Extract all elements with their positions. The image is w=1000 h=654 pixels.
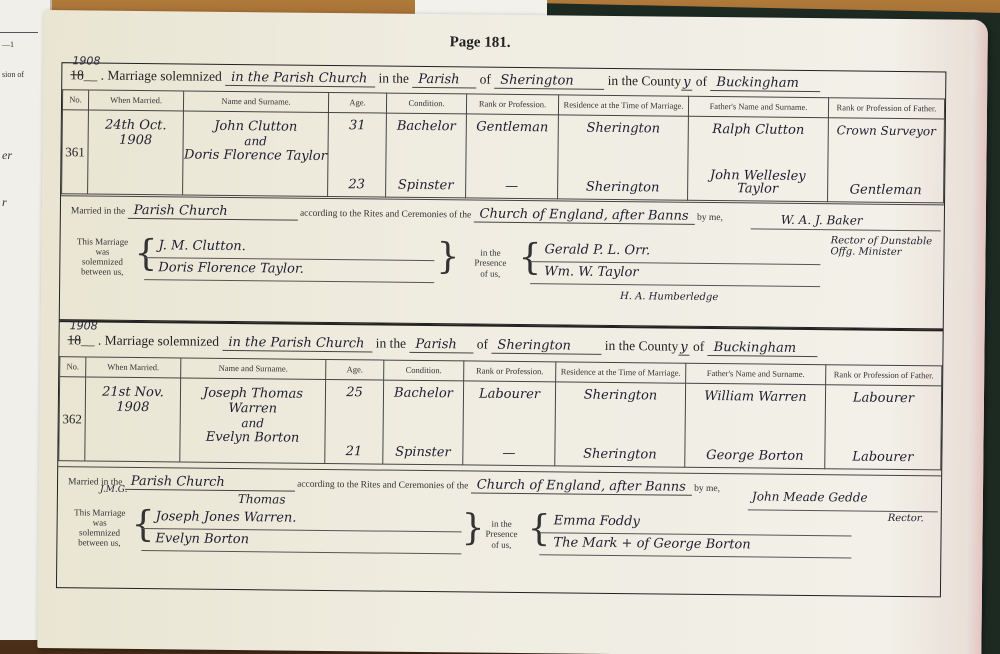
col-condition: Condition. bbox=[386, 93, 466, 114]
handwritten-year: 1908 bbox=[70, 319, 98, 332]
father-ranks: Crown Surveyor Gentleman bbox=[828, 118, 945, 203]
groom-signature: J. M. Clutton. bbox=[144, 238, 434, 261]
col-rank: Rank or Profession. bbox=[466, 94, 558, 115]
bride-age: 21 bbox=[325, 445, 382, 459]
solemnized-between-label: This Marriage was solemnized between us, bbox=[65, 508, 133, 548]
col-father: Father's Name and Surname. bbox=[688, 96, 828, 117]
officiant-signature: W. A. J. Baker bbox=[781, 213, 863, 228]
bride-father: John Wellesley Taylor bbox=[688, 168, 827, 197]
col-rank: Rank or Profession. bbox=[464, 361, 556, 382]
extra-witness: H. A. Humberledge bbox=[620, 291, 718, 303]
groom-residence: Sherington bbox=[556, 388, 685, 403]
label-of: of bbox=[477, 337, 488, 352]
col-age: Age. bbox=[326, 359, 384, 380]
officiant-signature: John Meade Gedde bbox=[752, 489, 868, 504]
brace-right: } bbox=[436, 239, 459, 275]
label-line: in the bbox=[472, 519, 532, 530]
table-row: 362 21st Nov. 1908 Joseph Thomas Warren … bbox=[59, 377, 942, 470]
label-county-of: of bbox=[693, 339, 704, 354]
bride-rank: — bbox=[466, 180, 557, 195]
bride-residence: Sherington bbox=[555, 448, 684, 463]
county-suffix: y bbox=[681, 75, 693, 91]
entry-header: 1908 18__ . Marriage solemnized in the P… bbox=[70, 67, 820, 92]
parish-value: Sherington bbox=[494, 73, 604, 90]
col-name: Name and Surname. bbox=[183, 91, 328, 113]
presence-label: in the Presence of us, bbox=[471, 519, 531, 551]
district-value: Parish bbox=[409, 337, 473, 354]
conditions: Bachelor Spinster bbox=[386, 113, 467, 198]
officiant-title: Rector of Dunstable Offg. Minister bbox=[830, 235, 932, 258]
signature-initials: J.M.G. bbox=[100, 485, 128, 495]
col-name: Name and Surname. bbox=[181, 358, 326, 380]
groom-father-rank: Labourer bbox=[826, 391, 941, 406]
when-married: 21st Nov. 1908 bbox=[85, 377, 181, 462]
label-line: of us, bbox=[460, 268, 520, 279]
presence-label: in the Presence of us, bbox=[460, 247, 520, 279]
title-line: Offg. Minister bbox=[830, 246, 932, 258]
bride-rank: — bbox=[463, 447, 554, 462]
handwritten-year: 1908 bbox=[72, 54, 100, 67]
bride-name: Doris Florence Taylor bbox=[183, 148, 327, 164]
left-fragment: er bbox=[2, 148, 12, 163]
county-value: Buckingham bbox=[708, 340, 818, 357]
printed-year: 18 bbox=[70, 67, 84, 82]
bride-father-rank: Labourer bbox=[825, 451, 940, 466]
label-in-the: in the bbox=[378, 71, 409, 86]
title-line: Rector. bbox=[888, 513, 924, 524]
bride-residence: Sherington bbox=[558, 181, 687, 196]
district-value: Parish bbox=[412, 72, 476, 89]
solemnized-between-label: This Marriage was solemnized between us, bbox=[68, 237, 136, 277]
label-marriage-solemnized: . Marriage solemnized bbox=[98, 333, 219, 349]
groom-age: 25 bbox=[326, 386, 383, 400]
parish-value: Sherington bbox=[491, 338, 601, 355]
groom-rank: Labourer bbox=[464, 387, 555, 402]
col-when-married: When Married. bbox=[88, 90, 183, 111]
bride-father-rank: Gentleman bbox=[828, 184, 943, 199]
entry-header: 1908 18__ . Marriage solemnized in the P… bbox=[67, 332, 817, 357]
signature-correction: Thomas bbox=[238, 492, 286, 506]
col-when-married: When Married. bbox=[86, 357, 181, 378]
rites-value: Church of England, after Banns bbox=[471, 477, 692, 495]
label-line: Presence bbox=[471, 529, 531, 540]
label-county-of: of bbox=[696, 74, 707, 89]
groom-signature: Joseph Jones Warren. bbox=[142, 509, 462, 532]
county-value: Buckingham bbox=[710, 75, 820, 92]
col-residence: Residence at the Time of Marriage. bbox=[556, 362, 686, 383]
col-residence: Residence at the Time of Marriage. bbox=[558, 95, 688, 116]
bride-condition: Spinster bbox=[383, 446, 462, 460]
groom-residence: Sherington bbox=[559, 121, 688, 136]
label-according-to: according to the Rites and Ceremonies of… bbox=[300, 209, 471, 221]
ranks: Labourer — bbox=[463, 381, 556, 466]
bride-signature: Doris Florence Taylor. bbox=[144, 260, 434, 283]
label-line: between us, bbox=[65, 538, 133, 549]
bride-condition: Spinster bbox=[386, 179, 465, 193]
groom-father-rank: Crown Surveyor bbox=[829, 124, 944, 138]
signature-block: J.M.G. This Marriage was solemnized betw… bbox=[57, 492, 941, 597]
register-page: Page 181. 1908 18__ . Marriage solemnize… bbox=[37, 10, 988, 654]
county-suffix: y bbox=[678, 340, 690, 356]
groom-age: 31 bbox=[329, 119, 386, 133]
entry-number: 362 bbox=[59, 377, 86, 461]
label-by-me: by me, bbox=[694, 484, 720, 494]
label-according-to: according to the Rites and Ceremonies of… bbox=[297, 480, 468, 492]
ranks: Gentleman — bbox=[466, 114, 559, 199]
register-table: No. When Married. Name and Surname. Age.… bbox=[58, 356, 942, 470]
residences: Sherington Sherington bbox=[558, 115, 689, 200]
printed-year: 18 bbox=[67, 332, 81, 347]
col-no: No. bbox=[60, 357, 86, 377]
fathers: William Warren George Borton bbox=[685, 383, 826, 468]
groom-father: Ralph Clutton bbox=[689, 123, 828, 138]
label-of: of bbox=[480, 72, 491, 87]
place-value: in the Parish Church bbox=[225, 70, 375, 88]
place-value: in the Parish Church bbox=[222, 335, 372, 353]
signature-block: This Marriage was solemnized between us,… bbox=[60, 221, 944, 326]
label-by-me: by me, bbox=[697, 213, 723, 223]
col-condition: Condition. bbox=[384, 360, 464, 381]
bride-age: 23 bbox=[328, 178, 385, 192]
ages: 31 23 bbox=[328, 112, 387, 197]
date-year: 1908 bbox=[86, 400, 180, 416]
residences: Sherington Sherington bbox=[555, 382, 686, 467]
col-age: Age. bbox=[328, 92, 386, 113]
left-fragment: r bbox=[2, 195, 7, 210]
label-line: in the bbox=[460, 247, 520, 258]
witness-1-signature: Gerald P. L. Orr. bbox=[530, 242, 820, 265]
married-in-value: Parish Church bbox=[125, 474, 295, 492]
register-table: No. When Married. Name and Surname. Age.… bbox=[61, 89, 945, 203]
bride-father: George Borton bbox=[685, 449, 824, 464]
entry-number: 361 bbox=[62, 110, 89, 194]
groom-father: William Warren bbox=[686, 390, 825, 405]
left-fragment: —1 bbox=[2, 40, 14, 49]
officiant-line bbox=[751, 228, 941, 231]
father-ranks: Labourer Labourer bbox=[825, 385, 942, 470]
table-row: 361 24th Oct. 1908 John Clutton and Dori… bbox=[62, 110, 945, 203]
label-county: in the County bbox=[608, 73, 682, 89]
names: John Clutton and Doris Florence Taylor bbox=[183, 111, 329, 197]
when-married: 24th Oct. 1908 bbox=[88, 110, 184, 195]
label-line: between us, bbox=[68, 267, 136, 278]
names: Joseph Thomas Warren and Evelyn Borton bbox=[180, 378, 326, 464]
bride-signature: Evelyn Borton bbox=[141, 531, 461, 554]
col-father-rank: Rank or Profession of Father. bbox=[828, 98, 944, 119]
groom-rank: Gentleman bbox=[467, 120, 558, 135]
married-in-value: Parish Church bbox=[128, 203, 298, 221]
label-county: in the County bbox=[605, 338, 679, 354]
officiant-title: Rector. bbox=[888, 513, 924, 524]
ages: 25 21 bbox=[325, 379, 384, 464]
fathers: Ralph Clutton John Wellesley Taylor bbox=[688, 116, 829, 201]
groom-condition: Bachelor bbox=[384, 387, 463, 401]
conditions: Bachelor Spinster bbox=[383, 380, 464, 465]
officiant-line bbox=[748, 509, 938, 512]
label-marriage-solemnized: . Marriage solemnized bbox=[101, 68, 222, 84]
label-line: of us, bbox=[471, 539, 531, 550]
left-fragment: sion of bbox=[2, 70, 24, 79]
col-father-rank: Rank or Profession of Father. bbox=[826, 365, 942, 386]
rites-value: Church of England, after Banns bbox=[473, 207, 694, 225]
marriage-entry-361: 1908 18__ . Marriage solemnized in the P… bbox=[59, 62, 947, 329]
date-year: 1908 bbox=[89, 133, 183, 149]
groom-name: Joseph Thomas Warren bbox=[181, 386, 325, 417]
label-in-the: in the bbox=[376, 335, 407, 350]
label-married-in: Married in the bbox=[71, 206, 125, 217]
witness-2-signature: Wm. W. Taylor bbox=[530, 264, 820, 287]
groom-condition: Bachelor bbox=[387, 120, 466, 134]
col-father: Father's Name and Surname. bbox=[686, 363, 826, 384]
marriage-entry-362: 1908 18__ . Marriage solemnized in the P… bbox=[56, 320, 944, 597]
witness-2-signature: The Mark + of George Borton bbox=[539, 535, 851, 558]
bride-name: Evelyn Borton bbox=[180, 430, 324, 446]
label-line: Presence bbox=[460, 258, 520, 269]
witness-1-signature: Emma Foddy bbox=[540, 513, 852, 536]
rule-line bbox=[0, 32, 38, 33]
page-number: Page 181. bbox=[450, 34, 511, 52]
col-no: No. bbox=[62, 90, 88, 110]
